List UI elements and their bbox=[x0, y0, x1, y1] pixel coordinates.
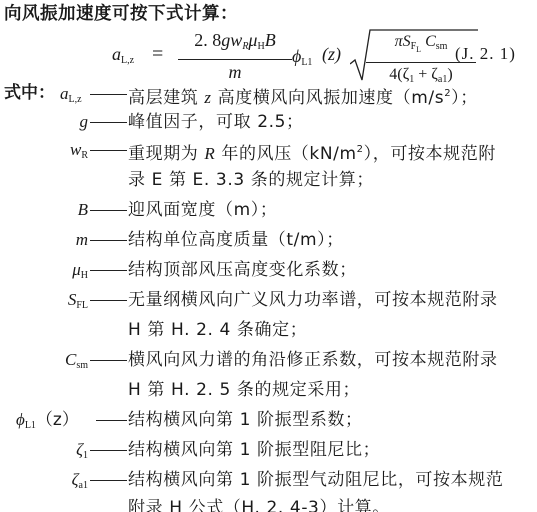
definition-m: 结构单位高度质量（t/m）； bbox=[128, 230, 344, 250]
dash-separator bbox=[90, 94, 127, 95]
symbol-s-fl: SFL bbox=[0, 290, 88, 316]
definition-b: 迎风面宽度（m）； bbox=[128, 200, 277, 220]
dash-separator bbox=[90, 450, 127, 451]
definition-c-sm: 横风向风力谱的角沿修正系数，可按本规范附录 bbox=[128, 350, 498, 370]
symbol-g: g bbox=[0, 112, 88, 132]
formula-lhs: aL,z bbox=[112, 44, 134, 66]
definition-zeta-1: 结构横风向第 1 阶振型阻尼比； bbox=[128, 440, 380, 460]
definition-zeta-a1-continuation: 附录 H 公式（H. 2. 4-3）计算。 bbox=[128, 498, 390, 512]
definition-mu-h: 结构顶部风压高度变化系数； bbox=[128, 260, 357, 280]
fraction-1-denominator: m bbox=[178, 62, 292, 82]
symbol-w-r: wR bbox=[0, 140, 88, 166]
intro-text: 向风振加速度可按下式计算： bbox=[4, 4, 238, 24]
symbol-m: m bbox=[0, 230, 88, 250]
definition-s-fl-continuation: H 第 H. 2. 4 条确定； bbox=[128, 320, 307, 340]
dash-separator bbox=[90, 480, 127, 481]
dash-separator bbox=[90, 122, 127, 123]
dash-separator bbox=[96, 420, 127, 421]
definition-w-r: 重现期为 R 年的风压（kN/m2），可按本规范附 bbox=[128, 140, 496, 164]
equation-number: (J. 2. 1) bbox=[455, 44, 516, 64]
formula-equals: = bbox=[152, 43, 163, 66]
fraction-bar bbox=[178, 59, 292, 60]
definition-zeta-a1: 结构横风向第 1 阶振型气动阻尼比，可按本规范 bbox=[128, 470, 503, 490]
symbol-zeta-a1: ζa1 bbox=[0, 470, 88, 496]
symbol-b: B bbox=[0, 200, 88, 220]
dash-separator bbox=[90, 360, 127, 361]
definition-w-r-continuation: 录 E 第 E. 3.3 条的规定计算； bbox=[128, 170, 374, 190]
definition-s-fl: 无量纲横风向广义风力功率谱，可按本规范附录 bbox=[128, 290, 498, 310]
formula-phi: ϕL1 bbox=[292, 46, 312, 68]
symbol-c-sm: Csm bbox=[0, 350, 88, 376]
definition-c-sm-continuation: H 第 H. 2. 5 条的规定采用； bbox=[128, 380, 360, 400]
symbol-phi-l1: ϕL1（z） bbox=[16, 410, 116, 436]
dash-separator bbox=[90, 210, 127, 211]
symbol-mu-h: μH bbox=[0, 260, 88, 286]
definition-g: 峰值因子，可取 2.5； bbox=[128, 112, 304, 132]
symbol-zeta-1: ζ1 bbox=[0, 440, 88, 466]
definition-phi-l1: 结构横风向第 1 阶振型系数； bbox=[128, 410, 363, 430]
fraction-1-numerator: 2. 8gwRμHB bbox=[178, 30, 292, 57]
where-label: 式中： bbox=[4, 83, 55, 103]
dash-separator bbox=[90, 300, 127, 301]
definition-a-lz: 高层建筑 z 高度横风向风振加速度（m/s2）； bbox=[128, 84, 478, 108]
formula-j-2-1: aL,z = 2. 8gwRμHB m ϕL1 (z) πSFL Csm 4(ζ… bbox=[112, 30, 512, 80]
formula-phi-arg: (z) bbox=[322, 44, 341, 65]
formula-fraction-1: 2. 8gwRμHB m bbox=[178, 30, 292, 82]
dash-separator bbox=[90, 240, 127, 241]
dash-separator bbox=[90, 150, 127, 151]
dash-separator bbox=[90, 270, 127, 271]
